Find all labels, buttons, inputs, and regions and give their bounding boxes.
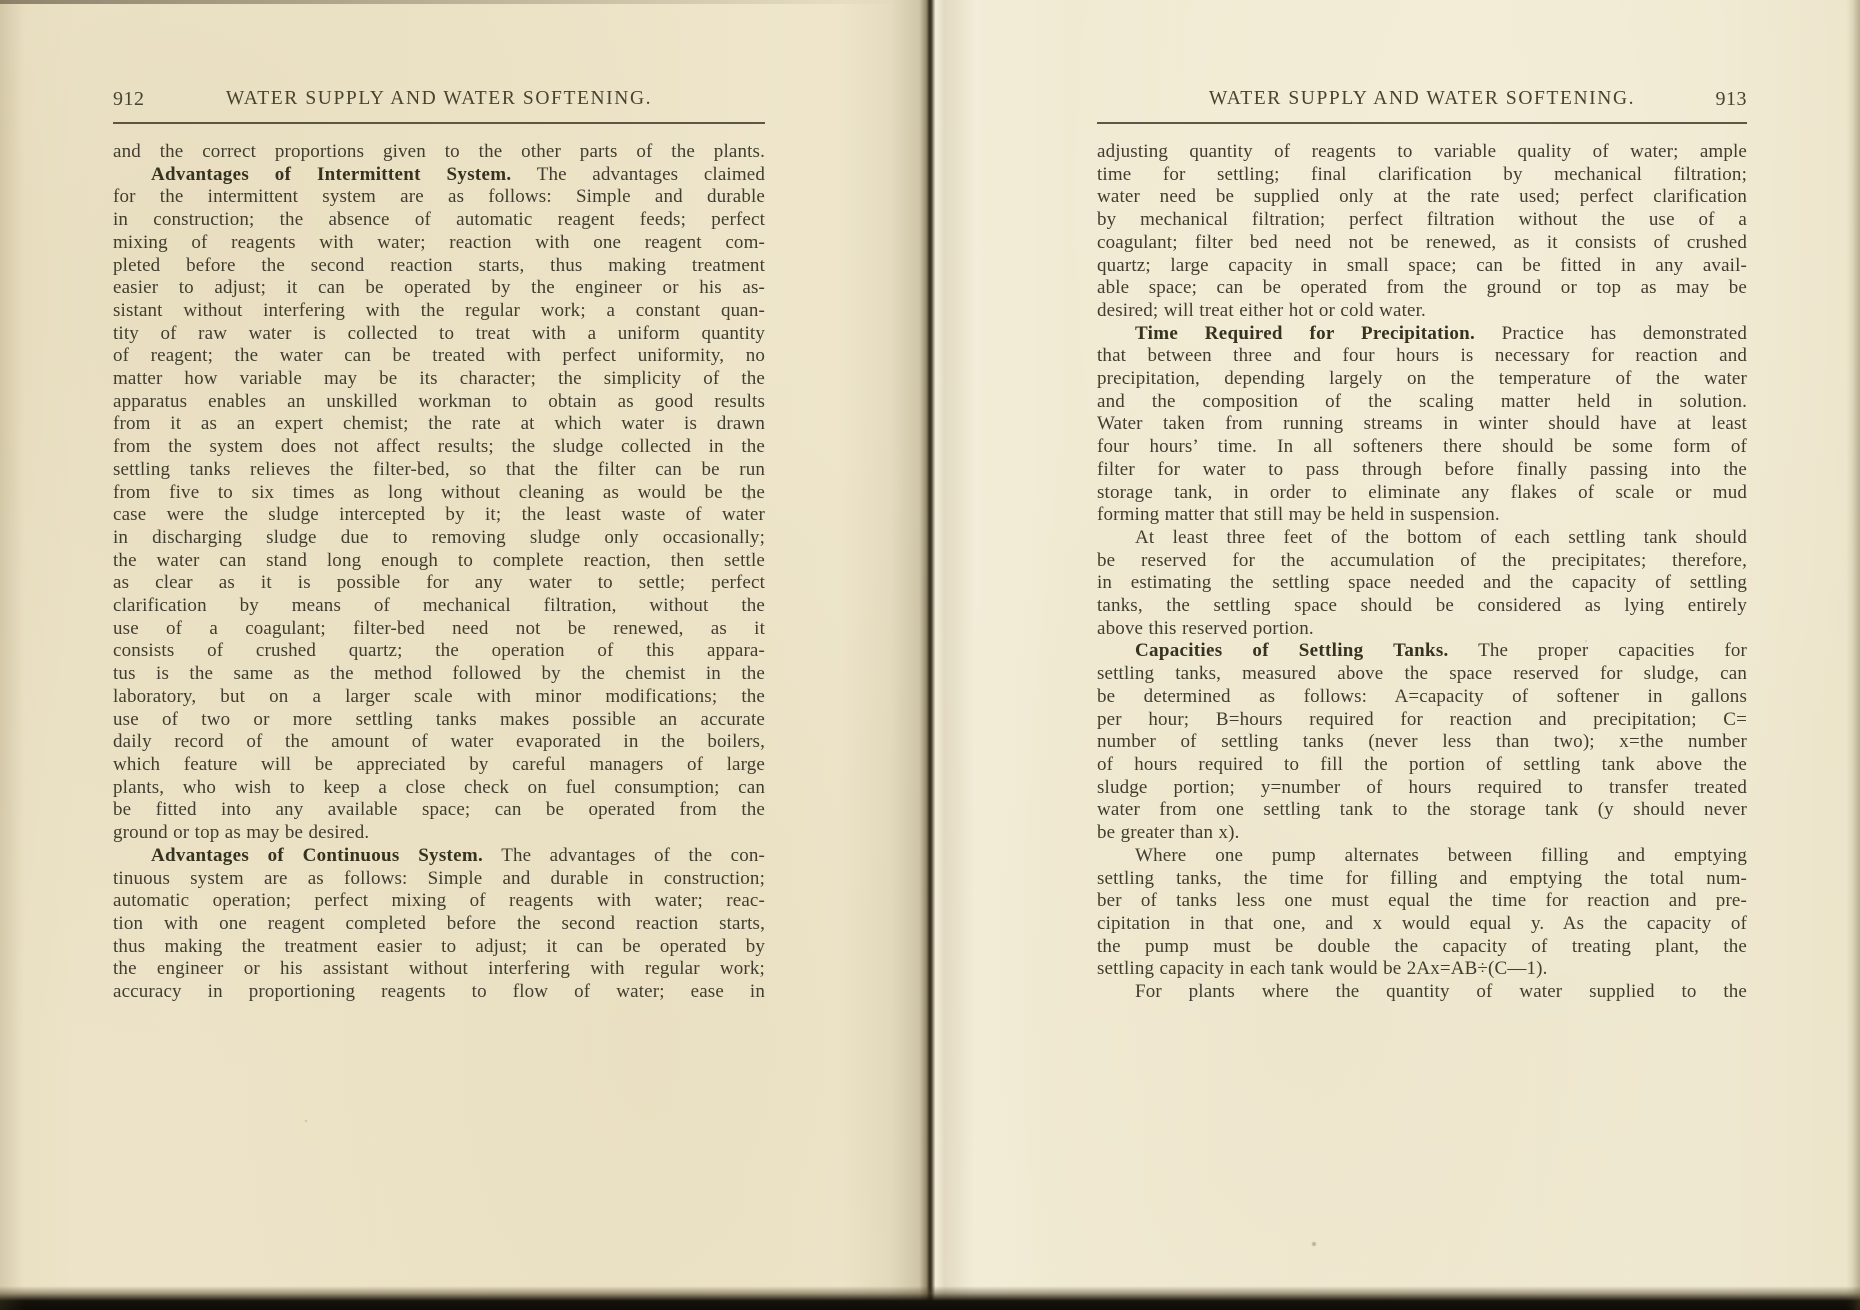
text-line: by mechanical filtration; perfect filtra… (1097, 209, 1747, 232)
body-text: in discharging sludge due to removing sl… (113, 527, 765, 548)
text-line: the pump must be double the capacity of … (1097, 936, 1747, 959)
text-line: settling tanks, measured above the space… (1097, 663, 1747, 686)
body-text: the water can stand long enough to compl… (113, 550, 765, 571)
text-line: tanks, the settling space should be cons… (1097, 595, 1747, 618)
left-header-rule (113, 122, 765, 124)
body-text: be reserved for the accumulation of the … (1097, 550, 1747, 571)
text-line: Time Required for Precipitation. Practic… (1097, 323, 1747, 346)
body-text: tity of raw water is collected to treat … (113, 323, 765, 344)
body-text: daily record of the amount of water evap… (113, 731, 765, 752)
body-text: sistant without interfering with the reg… (113, 300, 765, 321)
body-text: quartz; large capacity in small space; c… (1097, 255, 1747, 276)
text-line: pleted before the second reaction starts… (113, 255, 765, 278)
text-line: daily record of the amount of water evap… (113, 731, 765, 754)
body-text: matter how variable may be its character… (113, 368, 765, 389)
text-line: Where one pump alternates between fillin… (1097, 845, 1747, 868)
text-line: easier to adjust; it can be operated by … (113, 277, 765, 300)
body-text: by mechanical filtration; perfect filtra… (1097, 209, 1747, 230)
right-page-body: adjusting quantity of reagents to variab… (1097, 141, 1747, 1004)
body-text: The advantages claimed (511, 164, 765, 185)
body-text: use of a coagulant; filter-bed need not … (113, 618, 765, 639)
text-line: the engineer or his assistant without in… (113, 958, 765, 981)
body-text: tion with one reagent completed before t… (113, 913, 765, 934)
body-text: laboratory, but on a larger scale with m… (113, 686, 765, 707)
text-line: quartz; large capacity in small space; c… (1097, 255, 1747, 278)
text-line: cipitation in that one, and x would equa… (1097, 913, 1747, 936)
body-text: from the system does not affect results;… (113, 436, 765, 457)
body-text: four hours’ time. In all softeners there… (1097, 436, 1747, 457)
text-line: number of settling tanks (never less tha… (1097, 731, 1747, 754)
text-line: For plants where the quantity of water s… (1097, 981, 1747, 1004)
body-text: for the intermittent system are as follo… (113, 186, 765, 207)
text-line: above this reserved portion. (1097, 618, 1747, 641)
body-text: per hour; B=hours required for reaction … (1097, 709, 1747, 730)
body-text: tanks, the settling space should be cons… (1097, 595, 1747, 616)
body-text: in construction; the absence of automati… (113, 209, 765, 230)
text-line: laboratory, but on a larger scale with m… (113, 686, 765, 709)
body-text: sludge portion; y=number of hours requir… (1097, 777, 1747, 798)
text-line: case were the sludge intercepted by it; … (113, 504, 765, 527)
text-line: forming matter that still may be held in… (1097, 504, 1747, 527)
body-text: use of two or more settling tanks makes … (113, 709, 765, 730)
body-text: the pump must be double the capacity of … (1097, 936, 1747, 957)
text-line: the water can stand long enough to compl… (113, 550, 765, 573)
body-text: The proper capacities for (1449, 640, 1747, 661)
body-text: precipitation, depending largely on the … (1097, 368, 1747, 389)
body-text: cipitation in that one, and x would equa… (1097, 913, 1747, 934)
body-text: the engineer or his assistant without in… (113, 958, 765, 979)
text-line: desired; will treat either hot or cold w… (1097, 300, 1747, 323)
text-line: settling tanks, the time for filling and… (1097, 868, 1747, 891)
text-line: that between three and four hours is nec… (1097, 345, 1747, 368)
left-running-title: WATER SUPPLY AND WATER SOFTENING. (113, 88, 765, 110)
text-line: accuracy in proportioning reagents to fl… (113, 981, 765, 1004)
text-line: four hours’ time. In all softeners there… (1097, 436, 1747, 459)
body-text: adjusting quantity of reagents to variab… (1097, 141, 1747, 162)
body-text: coagulant; filter bed need not be renewe… (1097, 232, 1747, 253)
body-text: that between three and four hours is nec… (1097, 345, 1747, 366)
body-text: Where one pump alternates between fillin… (1135, 845, 1747, 866)
text-line: sludge portion; y=number of hours requir… (1097, 777, 1747, 800)
right-page-number: 913 (1716, 88, 1748, 111)
text-line: and the correct proportions given to the… (113, 141, 765, 164)
body-text: be greater than x). (1097, 822, 1240, 843)
text-line: in construction; the absence of automati… (113, 209, 765, 232)
text-line: from it as an expert chemist; the rate a… (113, 413, 765, 436)
body-text: settling capacity in each tank would be … (1097, 958, 1548, 979)
text-line: in discharging sludge due to removing sl… (113, 527, 765, 550)
text-line: use of two or more settling tanks makes … (113, 709, 765, 732)
body-text: be determined as follows: A=capacity of … (1097, 686, 1747, 707)
body-text: water need be supplied only at the rate … (1097, 186, 1747, 207)
body-text: apparatus enables an unskilled workman t… (113, 391, 765, 412)
text-line: At least three feet of the bottom of eac… (1097, 527, 1747, 550)
body-text: thus making the treatment easier to adju… (113, 936, 765, 957)
body-text: settling tanks relieves the filter-bed, … (113, 459, 765, 480)
body-text: forming matter that still may be held in… (1097, 504, 1500, 525)
body-text: plants, who wish to keep a close check o… (113, 777, 765, 798)
body-text: of hours required to fill the portion of… (1097, 754, 1747, 775)
text-line: be reserved for the accumulation of the … (1097, 550, 1747, 573)
text-line: of reagent; the water can be treated wit… (113, 345, 765, 368)
text-line: tity of raw water is collected to treat … (113, 323, 765, 346)
text-line: which feature will be appreciated by car… (113, 754, 765, 777)
text-line: per hour; B=hours required for reaction … (1097, 709, 1747, 732)
text-line: mixing of reagents with water; reaction … (113, 232, 765, 255)
body-text: tinuous system are as follows: Simple an… (113, 868, 765, 889)
body-text: mixing of reagents with water; reaction … (113, 232, 765, 253)
text-line: filter for water to pass through before … (1097, 459, 1747, 482)
text-line: precipitation, depending largely on the … (1097, 368, 1747, 391)
text-line: be fitted into any available space; can … (113, 799, 765, 822)
body-text: water from one settling tank to the stor… (1097, 799, 1747, 820)
text-line: settling capacity in each tank would be … (1097, 958, 1747, 981)
body-text: from five to six times as long without c… (113, 482, 765, 503)
text-line: be greater than x). (1097, 822, 1747, 845)
section-heading: Time Required for Precipitation. (1135, 323, 1475, 344)
right-page-header: WATER SUPPLY AND WATER SOFTENING. 913 (1097, 88, 1747, 114)
text-line: ber of tanks less one must equal the tim… (1097, 890, 1747, 913)
text-line: from five to six times as long without c… (113, 482, 765, 505)
text-line: Water taken from running streams in wint… (1097, 413, 1747, 436)
text-line: thus making the treatment easier to adju… (113, 936, 765, 959)
left-page-number: 912 (113, 88, 145, 111)
text-line: for the intermittent system are as follo… (113, 186, 765, 209)
text-line: plants, who wish to keep a close check o… (113, 777, 765, 800)
left-page-header: 912 WATER SUPPLY AND WATER SOFTENING. (113, 88, 765, 114)
body-text: in estimating the settling space needed … (1097, 572, 1747, 593)
body-text: as clear as it is possible for any water… (113, 572, 765, 593)
text-line: able space; can be operated from the gro… (1097, 277, 1747, 300)
text-line: storage tank, in order to eliminate any … (1097, 482, 1747, 505)
body-text: settling tanks, the time for filling and… (1097, 868, 1747, 889)
text-line: clarification by means of mechanical fil… (113, 595, 765, 618)
body-text: be fitted into any available space; can … (113, 799, 765, 820)
body-text: easier to adjust; it can be operated by … (113, 277, 765, 298)
body-text: consists of crushed quartz; the operatio… (113, 640, 765, 661)
body-text: and the correct proportions given to the… (113, 141, 765, 162)
body-text: settling tanks, measured above the space… (1097, 663, 1747, 684)
body-text: Water taken from running streams in wint… (1097, 413, 1747, 434)
text-line: from the system does not affect results;… (113, 436, 765, 459)
text-line: as clear as it is possible for any water… (113, 572, 765, 595)
body-text: and the composition of the scaling matte… (1097, 391, 1747, 412)
text-line: apparatus enables an unskilled workman t… (113, 391, 765, 414)
text-line: coagulant; filter bed need not be renewe… (1097, 232, 1747, 255)
text-line: tinuous system are as follows: Simple an… (113, 868, 765, 891)
book-scan: 912 WATER SUPPLY AND WATER SOFTENING. WA… (0, 0, 1860, 1310)
body-text: storage tank, in order to eliminate any … (1097, 482, 1747, 503)
right-header-rule (1097, 122, 1747, 124)
body-text: time for settling; final clarification b… (1097, 164, 1747, 185)
body-text: At least three feet of the bottom of eac… (1135, 527, 1747, 548)
text-line: automatic operation; perfect mixing of r… (113, 890, 765, 913)
text-line: be determined as follows: A=capacity of … (1097, 686, 1747, 709)
section-heading: Capacities of Settling Tanks. (1135, 640, 1449, 661)
text-line: tus is the same as the method followed b… (113, 663, 765, 686)
text-line: time for settling; final clarification b… (1097, 164, 1747, 187)
body-text: which feature will be appreciated by car… (113, 754, 765, 775)
body-text: above this reserved portion. (1097, 618, 1314, 639)
text-line: and the composition of the scaling matte… (1097, 391, 1747, 414)
body-text: Practice has demonstrated (1475, 323, 1747, 344)
text-line: water need be supplied only at the rate … (1097, 186, 1747, 209)
text-line: ground or top as may be desired. (113, 822, 765, 845)
text-line: Advantages of Continuous System. The adv… (113, 845, 765, 868)
right-running-title: WATER SUPPLY AND WATER SOFTENING. (1097, 88, 1747, 110)
body-text: desired; will treat either hot or cold w… (1097, 300, 1426, 321)
body-text: clarification by means of mechanical fil… (113, 595, 765, 616)
body-text: from it as an expert chemist; the rate a… (113, 413, 765, 434)
text-line: tion with one reagent completed before t… (113, 913, 765, 936)
body-text: accuracy in proportioning reagents to fl… (113, 981, 765, 1002)
text-line: water from one settling tank to the stor… (1097, 799, 1747, 822)
body-text: able space; can be operated from the gro… (1097, 277, 1747, 298)
text-line: Capacities of Settling Tanks. The proper… (1097, 640, 1747, 663)
body-text: pleted before the second reaction starts… (113, 255, 765, 276)
text-line: Advantages of Intermittent System. The a… (113, 164, 765, 187)
section-heading: Advantages of Continuous System. (151, 845, 483, 866)
text-line: consists of crushed quartz; the operatio… (113, 640, 765, 663)
body-text: tus is the same as the method followed b… (113, 663, 765, 684)
body-text: ber of tanks less one must equal the tim… (1097, 890, 1747, 911)
left-page-body: and the correct proportions given to the… (113, 141, 765, 1004)
text-line: of hours required to fill the portion of… (1097, 754, 1747, 777)
body-text: number of settling tanks (never less tha… (1097, 731, 1747, 752)
text-line: use of a coagulant; filter-bed need not … (113, 618, 765, 641)
text-line: adjusting quantity of reagents to variab… (1097, 141, 1747, 164)
body-text: The advantages of the con- (483, 845, 765, 866)
text-line: settling tanks relieves the filter-bed, … (113, 459, 765, 482)
body-text: case were the sludge intercepted by it; … (113, 504, 765, 525)
section-heading: Advantages of Intermittent System. (151, 164, 511, 185)
body-text: automatic operation; perfect mixing of r… (113, 890, 765, 911)
text-line: sistant without interfering with the reg… (113, 300, 765, 323)
body-text: For plants where the quantity of water s… (1135, 981, 1747, 1002)
body-text: filter for water to pass through before … (1097, 459, 1747, 480)
body-text: of reagent; the water can be treated wit… (113, 345, 765, 366)
text-line: matter how variable may be its character… (113, 368, 765, 391)
text-line: in estimating the settling space needed … (1097, 572, 1747, 595)
body-text: ground or top as may be desired. (113, 822, 369, 843)
